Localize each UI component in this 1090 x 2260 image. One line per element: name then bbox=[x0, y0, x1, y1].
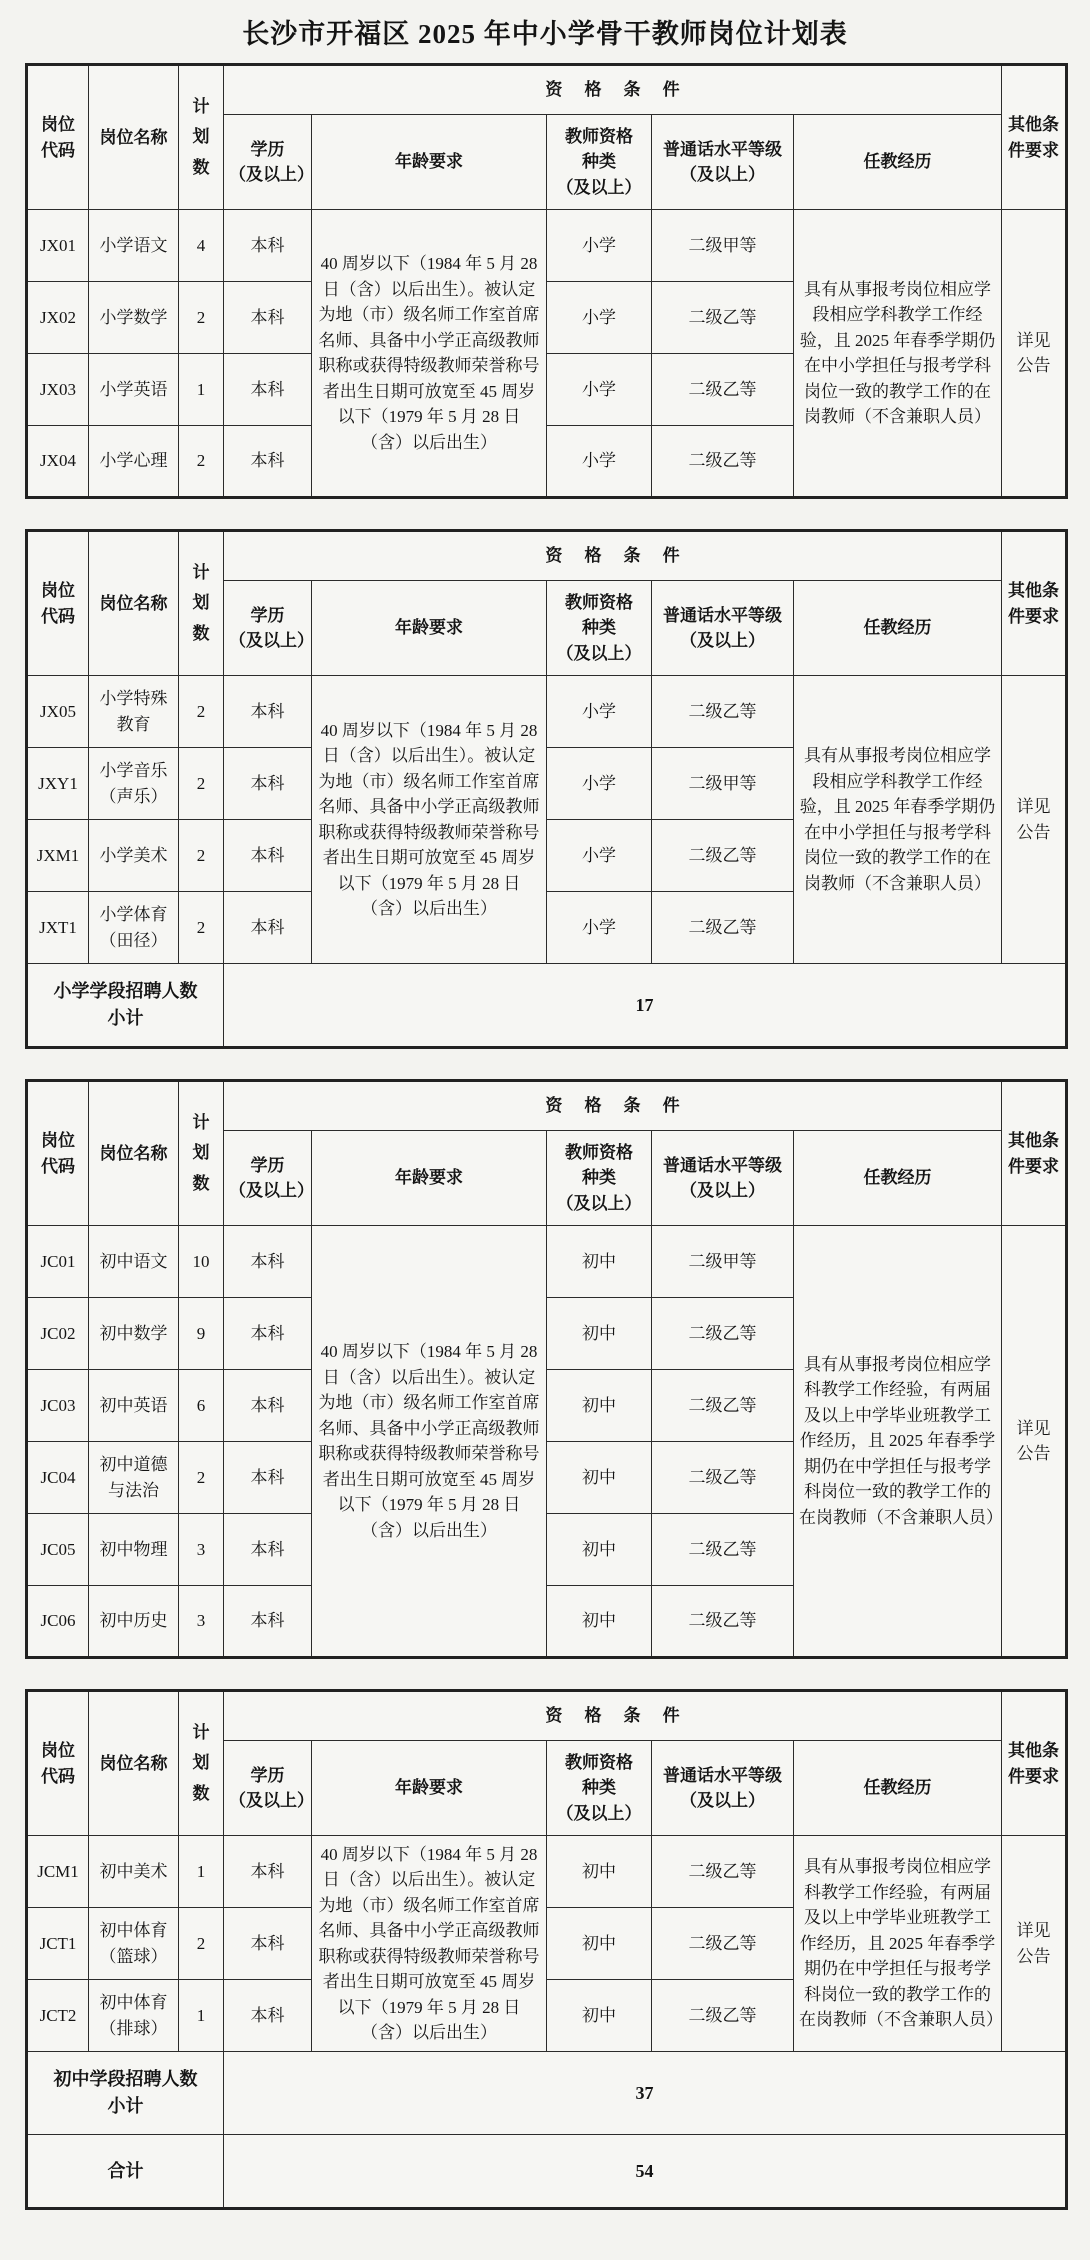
plan-table-junior-main: 岗位 代码岗位名称计划数资格条件其他条 件要求学历 （及以上）年龄要求教师资格 … bbox=[25, 1079, 1068, 1659]
page-title: 长沙市开福区 2025 年中小学骨干教师岗位计划表 bbox=[25, 12, 1065, 51]
subtotal-row: 小学学段招聘人数 小计17 bbox=[27, 964, 1067, 1048]
table-row: JX01小学语文4本科40 周岁以下（1984 年 5 月 28 日（含）以后出… bbox=[27, 210, 1067, 282]
age-requirement-cell: 40 周岁以下（1984 年 5 月 28 日（含）以后出生）。被认定为地（市）… bbox=[312, 1226, 547, 1658]
putonghua-cell: 二级乙等 bbox=[652, 1908, 794, 1980]
post-code-cell: JCT1 bbox=[27, 1908, 89, 1980]
putonghua-cell: 二级乙等 bbox=[652, 820, 794, 892]
header-other-conditions: 其他条 件要求 bbox=[1002, 1691, 1067, 1836]
degree-cell: 本科 bbox=[224, 748, 312, 820]
post-name-cell: 初中数学 bbox=[89, 1298, 179, 1370]
plan-count-cell: 2 bbox=[179, 1442, 224, 1514]
degree-cell: 本科 bbox=[224, 1370, 312, 1442]
header-age: 年龄要求 bbox=[312, 115, 547, 210]
cert-type-cell: 初中 bbox=[547, 1514, 652, 1586]
cert-type-cell: 初中 bbox=[547, 1442, 652, 1514]
header-post-code: 岗位 代码 bbox=[27, 65, 89, 210]
degree-cell: 本科 bbox=[224, 426, 312, 498]
putonghua-cell: 二级乙等 bbox=[652, 282, 794, 354]
total-row: 合计54 bbox=[27, 2135, 1067, 2209]
total-value: 54 bbox=[224, 2135, 1067, 2209]
plan-count-cell: 2 bbox=[179, 426, 224, 498]
header-degree: 学历 （及以上） bbox=[224, 115, 312, 210]
document-page: 长沙市开福区 2025 年中小学骨干教师岗位计划表 岗位 代码岗位名称计划数资格… bbox=[0, 0, 1090, 2260]
degree-cell: 本科 bbox=[224, 354, 312, 426]
header-cert-type: 教师资格 种类 （及以上） bbox=[547, 1741, 652, 1836]
post-code-cell: JX01 bbox=[27, 210, 89, 282]
header-plan-count: 计划数 bbox=[179, 531, 224, 676]
cert-type-cell: 小学 bbox=[547, 748, 652, 820]
header-age: 年龄要求 bbox=[312, 1131, 547, 1226]
header-degree: 学历 （及以上） bbox=[224, 1741, 312, 1836]
subtotal-label: 初中学段招聘人数 小计 bbox=[27, 2052, 224, 2135]
cert-type-cell: 小学 bbox=[547, 210, 652, 282]
header-qualification: 资格条件 bbox=[224, 1691, 1002, 1741]
header-other-conditions: 其他条 件要求 bbox=[1002, 1081, 1067, 1226]
teaching-exp-cell: 具有从事报考岗位相应学科教学工作经验，有两届及以上中学毕业班教学工作经历，且 2… bbox=[794, 1226, 1002, 1658]
degree-cell: 本科 bbox=[224, 1226, 312, 1298]
plan-count-cell: 2 bbox=[179, 676, 224, 748]
post-code-cell: JXY1 bbox=[27, 748, 89, 820]
header-plan-count-text: 计划数 bbox=[192, 92, 210, 184]
degree-cell: 本科 bbox=[224, 1298, 312, 1370]
post-code-cell: JCM1 bbox=[27, 1836, 89, 1908]
header-teaching-exp: 任教经历 bbox=[794, 115, 1002, 210]
plan-table-primary-main: 岗位 代码岗位名称计划数资格条件其他条 件要求学历 （及以上）年龄要求教师资格 … bbox=[25, 63, 1068, 499]
post-name-cell: 初中历史 bbox=[89, 1586, 179, 1658]
teaching-exp-cell: 具有从事报考岗位相应学段相应学科教学工作经验，且 2025 年春季学期仍在中小学… bbox=[794, 210, 1002, 498]
post-code-cell: JX03 bbox=[27, 354, 89, 426]
header-plan-count: 计划数 bbox=[179, 1081, 224, 1226]
header-putonghua: 普通话水平等级 （及以上） bbox=[652, 1741, 794, 1836]
post-code-cell: JX04 bbox=[27, 426, 89, 498]
plan-count-cell: 3 bbox=[179, 1586, 224, 1658]
degree-cell: 本科 bbox=[224, 210, 312, 282]
plan-count-cell: 6 bbox=[179, 1370, 224, 1442]
post-name-cell: 小学英语 bbox=[89, 354, 179, 426]
plan-count-cell: 2 bbox=[179, 282, 224, 354]
plan-count-cell: 3 bbox=[179, 1514, 224, 1586]
plan-count-cell: 2 bbox=[179, 748, 224, 820]
table-row: JCM1初中美术1本科40 周岁以下（1984 年 5 月 28 日（含）以后出… bbox=[27, 1836, 1067, 1908]
header-qualification: 资格条件 bbox=[224, 531, 1002, 581]
plan-count-cell: 2 bbox=[179, 892, 224, 964]
header-post-name: 岗位名称 bbox=[89, 65, 179, 210]
post-code-cell: JCT2 bbox=[27, 1980, 89, 2052]
post-name-cell: 初中体育 （篮球） bbox=[89, 1908, 179, 1980]
post-code-cell: JXM1 bbox=[27, 820, 89, 892]
putonghua-cell: 二级乙等 bbox=[652, 1442, 794, 1514]
subtotal-row: 初中学段招聘人数 小计37 bbox=[27, 2052, 1067, 2135]
subtotal-label: 小学学段招聘人数 小计 bbox=[27, 964, 224, 1048]
putonghua-cell: 二级乙等 bbox=[652, 1298, 794, 1370]
degree-cell: 本科 bbox=[224, 1586, 312, 1658]
post-code-cell: JX02 bbox=[27, 282, 89, 354]
plan-count-cell: 10 bbox=[179, 1226, 224, 1298]
degree-cell: 本科 bbox=[224, 1908, 312, 1980]
header-post-code: 岗位 代码 bbox=[27, 1081, 89, 1226]
post-code-cell: JXT1 bbox=[27, 892, 89, 964]
teaching-exp-cell: 具有从事报考岗位相应学科教学工作经验，有两届及以上中学毕业班教学工作经历，且 2… bbox=[794, 1836, 1002, 2052]
header-degree: 学历 （及以上） bbox=[224, 1131, 312, 1226]
putonghua-cell: 二级甲等 bbox=[652, 748, 794, 820]
header-post-name: 岗位名称 bbox=[89, 531, 179, 676]
degree-cell: 本科 bbox=[224, 676, 312, 748]
putonghua-cell: 二级乙等 bbox=[652, 354, 794, 426]
other-conditions-cell: 详见 公告 bbox=[1002, 1226, 1067, 1658]
post-name-cell: 初中体育 （排球） bbox=[89, 1980, 179, 2052]
age-requirement-cell: 40 周岁以下（1984 年 5 月 28 日（含）以后出生）。被认定为地（市）… bbox=[312, 210, 547, 498]
degree-cell: 本科 bbox=[224, 1514, 312, 1586]
teaching-exp-cell: 具有从事报考岗位相应学段相应学科教学工作经验，且 2025 年春季学期仍在中小学… bbox=[794, 676, 1002, 964]
header-qualification: 资格条件 bbox=[224, 65, 1002, 115]
putonghua-cell: 二级乙等 bbox=[652, 1836, 794, 1908]
cert-type-cell: 小学 bbox=[547, 426, 652, 498]
header-post-name: 岗位名称 bbox=[89, 1081, 179, 1226]
post-name-cell: 初中道德 与法治 bbox=[89, 1442, 179, 1514]
post-code-cell: JX05 bbox=[27, 676, 89, 748]
header-plan-count-text: 计划数 bbox=[192, 1108, 210, 1200]
header-other-conditions: 其他条 件要求 bbox=[1002, 531, 1067, 676]
cert-type-cell: 初中 bbox=[547, 1226, 652, 1298]
post-name-cell: 初中美术 bbox=[89, 1836, 179, 1908]
post-name-cell: 初中物理 bbox=[89, 1514, 179, 1586]
degree-cell: 本科 bbox=[224, 1980, 312, 2052]
putonghua-cell: 二级乙等 bbox=[652, 426, 794, 498]
header-cert-type: 教师资格 种类 （及以上） bbox=[547, 581, 652, 676]
cert-type-cell: 初中 bbox=[547, 1836, 652, 1908]
header-cert-type: 教师资格 种类 （及以上） bbox=[547, 115, 652, 210]
putonghua-cell: 二级乙等 bbox=[652, 1370, 794, 1442]
header-other-conditions: 其他条 件要求 bbox=[1002, 65, 1067, 210]
plan-count-cell: 4 bbox=[179, 210, 224, 282]
post-code-cell: JC04 bbox=[27, 1442, 89, 1514]
post-name-cell: 小学体育 （田径） bbox=[89, 892, 179, 964]
post-code-cell: JC05 bbox=[27, 1514, 89, 1586]
post-name-cell: 初中英语 bbox=[89, 1370, 179, 1442]
post-name-cell: 小学音乐 （声乐） bbox=[89, 748, 179, 820]
putonghua-cell: 二级乙等 bbox=[652, 676, 794, 748]
cert-type-cell: 初中 bbox=[547, 1370, 652, 1442]
plan-count-cell: 9 bbox=[179, 1298, 224, 1370]
header-plan-count: 计划数 bbox=[179, 1691, 224, 1836]
table-row: JX05小学特殊 教育2本科40 周岁以下（1984 年 5 月 28 日（含）… bbox=[27, 676, 1067, 748]
other-conditions-cell: 详见 公告 bbox=[1002, 676, 1067, 964]
degree-cell: 本科 bbox=[224, 1836, 312, 1908]
plan-count-cell: 2 bbox=[179, 1908, 224, 1980]
tables-container: 岗位 代码岗位名称计划数资格条件其他条 件要求学历 （及以上）年龄要求教师资格 … bbox=[25, 63, 1065, 2210]
putonghua-cell: 二级乙等 bbox=[652, 1514, 794, 1586]
post-name-cell: 小学心理 bbox=[89, 426, 179, 498]
other-conditions-cell: 详见 公告 bbox=[1002, 1836, 1067, 2052]
post-code-cell: JC06 bbox=[27, 1586, 89, 1658]
post-name-cell: 小学数学 bbox=[89, 282, 179, 354]
header-teaching-exp: 任教经历 bbox=[794, 581, 1002, 676]
degree-cell: 本科 bbox=[224, 1442, 312, 1514]
age-requirement-cell: 40 周岁以下（1984 年 5 月 28 日（含）以后出生）。被认定为地（市）… bbox=[312, 676, 547, 964]
header-teaching-exp: 任教经历 bbox=[794, 1131, 1002, 1226]
header-qualification: 资格条件 bbox=[224, 1081, 1002, 1131]
post-name-cell: 小学美术 bbox=[89, 820, 179, 892]
header-teaching-exp: 任教经历 bbox=[794, 1741, 1002, 1836]
header-age: 年龄要求 bbox=[312, 581, 547, 676]
plan-count-cell: 1 bbox=[179, 1836, 224, 1908]
plan-count-cell: 1 bbox=[179, 354, 224, 426]
total-label: 合计 bbox=[27, 2135, 224, 2209]
post-name-cell: 小学语文 bbox=[89, 210, 179, 282]
cert-type-cell: 初中 bbox=[547, 1980, 652, 2052]
header-plan-count: 计划数 bbox=[179, 65, 224, 210]
cert-type-cell: 小学 bbox=[547, 282, 652, 354]
plan-count-cell: 2 bbox=[179, 820, 224, 892]
cert-type-cell: 初中 bbox=[547, 1298, 652, 1370]
degree-cell: 本科 bbox=[224, 892, 312, 964]
header-cert-type: 教师资格 种类 （及以上） bbox=[547, 1131, 652, 1226]
header-plan-count-text: 计划数 bbox=[192, 1718, 210, 1810]
putonghua-cell: 二级乙等 bbox=[652, 1980, 794, 2052]
header-post-code: 岗位 代码 bbox=[27, 1691, 89, 1836]
post-code-cell: JC03 bbox=[27, 1370, 89, 1442]
putonghua-cell: 二级甲等 bbox=[652, 1226, 794, 1298]
other-conditions-cell: 详见 公告 bbox=[1002, 210, 1067, 498]
subtotal-value: 37 bbox=[224, 2052, 1067, 2135]
degree-cell: 本科 bbox=[224, 820, 312, 892]
header-post-name: 岗位名称 bbox=[89, 1691, 179, 1836]
header-age: 年龄要求 bbox=[312, 1741, 547, 1836]
header-putonghua: 普通话水平等级 （及以上） bbox=[652, 115, 794, 210]
post-name-cell: 初中语文 bbox=[89, 1226, 179, 1298]
age-requirement-cell: 40 周岁以下（1984 年 5 月 28 日（含）以后出生）。被认定为地（市）… bbox=[312, 1836, 547, 2052]
table-row: JC01初中语文10本科40 周岁以下（1984 年 5 月 28 日（含）以后… bbox=[27, 1226, 1067, 1298]
header-putonghua: 普通话水平等级 （及以上） bbox=[652, 1131, 794, 1226]
header-plan-count-text: 计划数 bbox=[192, 558, 210, 650]
post-name-cell: 小学特殊 教育 bbox=[89, 676, 179, 748]
degree-cell: 本科 bbox=[224, 282, 312, 354]
plan-count-cell: 1 bbox=[179, 1980, 224, 2052]
post-code-cell: JC01 bbox=[27, 1226, 89, 1298]
subtotal-value: 17 bbox=[224, 964, 1067, 1048]
putonghua-cell: 二级乙等 bbox=[652, 892, 794, 964]
plan-table-primary-arts: 岗位 代码岗位名称计划数资格条件其他条 件要求学历 （及以上）年龄要求教师资格 … bbox=[25, 529, 1068, 1049]
header-putonghua: 普通话水平等级 （及以上） bbox=[652, 581, 794, 676]
post-code-cell: JC02 bbox=[27, 1298, 89, 1370]
putonghua-cell: 二级甲等 bbox=[652, 210, 794, 282]
cert-type-cell: 小学 bbox=[547, 892, 652, 964]
cert-type-cell: 小学 bbox=[547, 676, 652, 748]
putonghua-cell: 二级乙等 bbox=[652, 1586, 794, 1658]
cert-type-cell: 初中 bbox=[547, 1586, 652, 1658]
cert-type-cell: 初中 bbox=[547, 1908, 652, 1980]
header-degree: 学历 （及以上） bbox=[224, 581, 312, 676]
cert-type-cell: 小学 bbox=[547, 820, 652, 892]
cert-type-cell: 小学 bbox=[547, 354, 652, 426]
header-post-code: 岗位 代码 bbox=[27, 531, 89, 676]
